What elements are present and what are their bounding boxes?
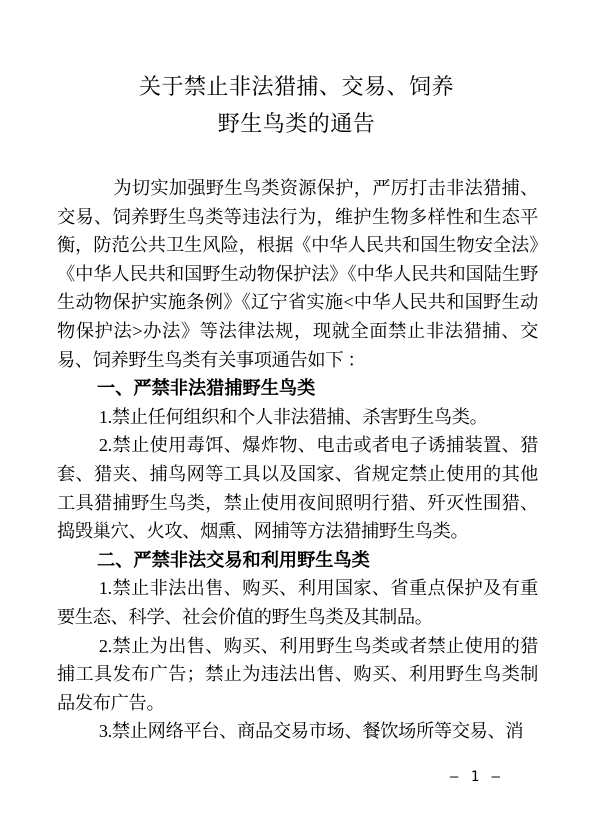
paragraph: 3.禁止网络平台、商品交易市场、餐饮场所等交易、消 (57, 717, 538, 746)
paragraph: 1.禁止任何组织和个人非法猎捕、杀害野生鸟类。 (57, 403, 538, 432)
document-page: 关于禁止非法猎捕、交易、饲养 野生鸟类的通告 为切实加强野生鸟类资源保护，严厉打… (0, 0, 593, 825)
paragraph: 1.禁止非法出售、购买、利用国家、省重点保护及有重要生态、科学、社会价值的野生鸟… (57, 574, 538, 631)
paragraph: 为切实加强野生鸟类资源保护，严厉打击非法猎捕、交易、饲养野生鸟类等违法行为，维护… (57, 174, 538, 374)
paragraph: 2.禁止使用毒饵、爆炸物、电击或者电子诱捕装置、猎套、猎夹、捕鸟网等工具以及国家… (57, 431, 538, 545)
paragraph: 2.禁止为出售、购买、利用野生鸟类或者禁止使用的猎捕工具发布广告；禁止为违法出售… (57, 632, 538, 718)
section-heading: 一、严禁非法猎捕野生鸟类 (57, 374, 538, 403)
title-line-2: 野生鸟类的通告 (0, 105, 593, 142)
section-heading: 二、严禁非法交易和利用野生鸟类 (57, 546, 538, 575)
page-number: — 1 — (450, 769, 502, 785)
title-line-1: 关于禁止非法猎捕、交易、饲养 (0, 68, 593, 105)
document-body: 为切实加强野生鸟类资源保护，严厉打击非法猎捕、交易、饲养野生鸟类等违法行为，维护… (57, 174, 538, 746)
page-title: 关于禁止非法猎捕、交易、饲养 野生鸟类的通告 (0, 68, 593, 142)
